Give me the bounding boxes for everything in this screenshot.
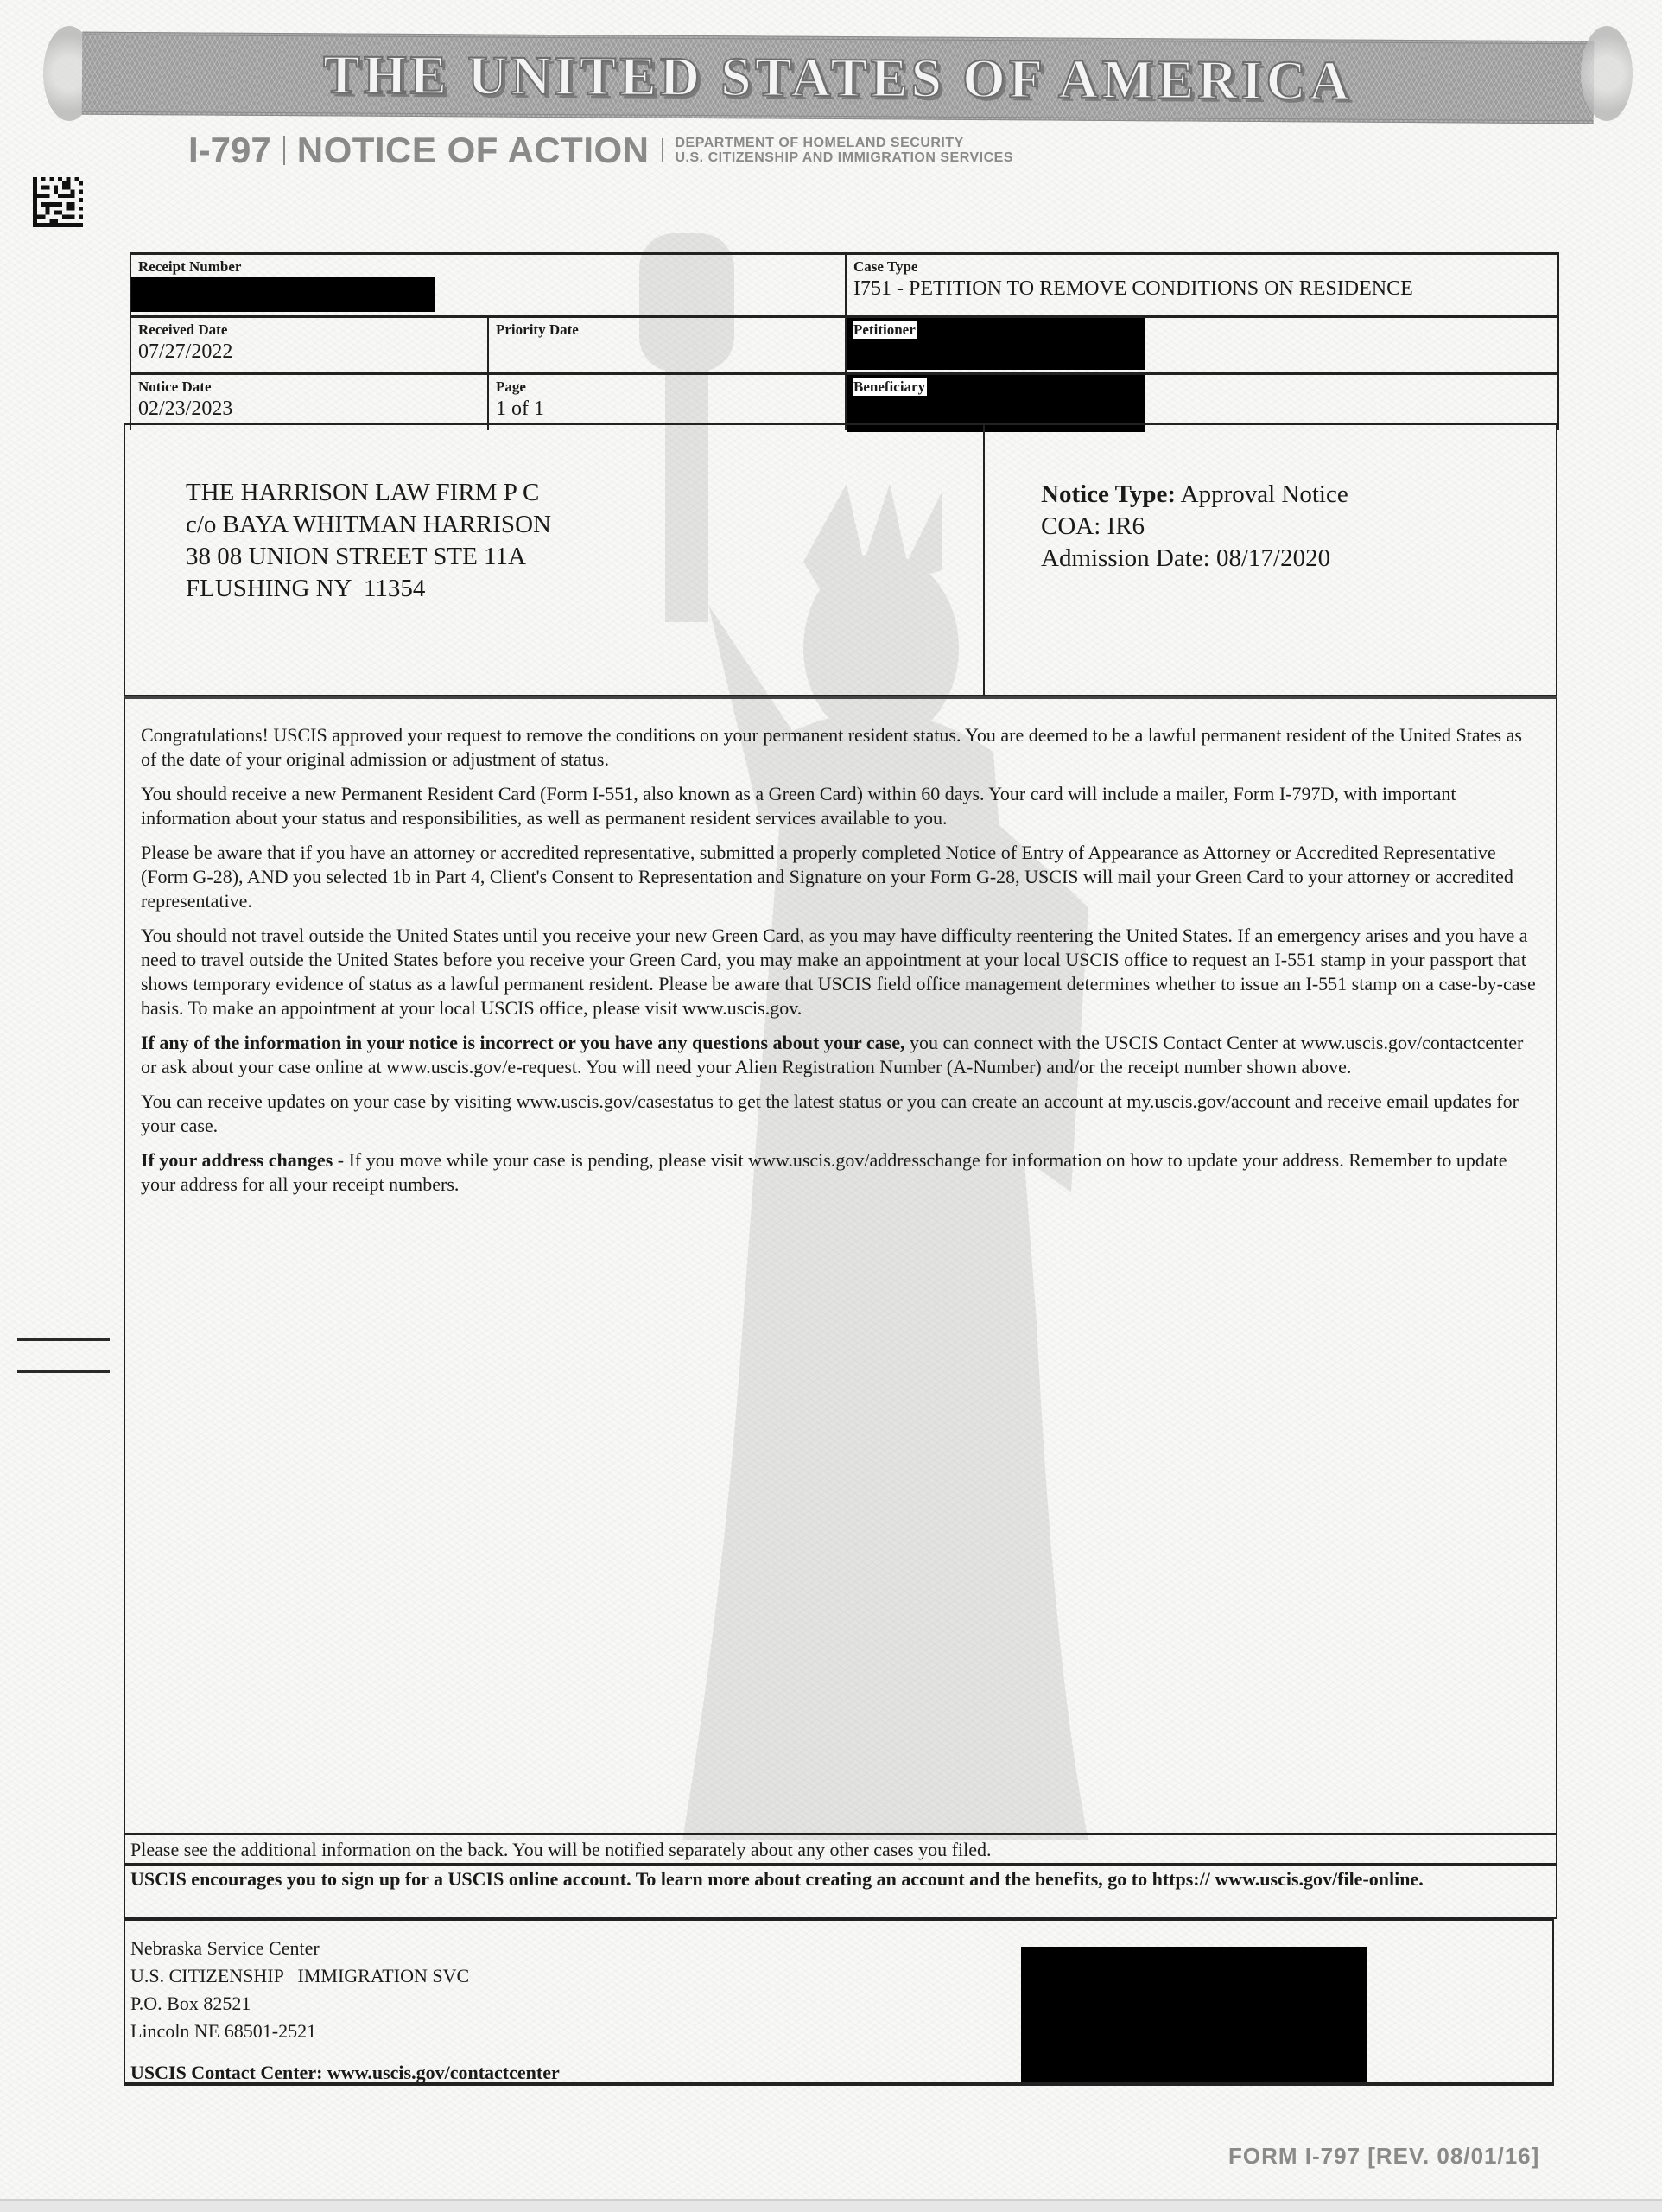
notice-date-label: Notice Date [138, 378, 480, 396]
address-notice-section: THE HARRISON LAW FIRM P C c/o BAYA WHITM… [124, 423, 1557, 696]
case-type-value: I751 - PETITION TO REMOVE CONDITIONS ON … [853, 277, 1551, 301]
body-paragraph: You should receive a new Permanent Resid… [141, 782, 1538, 830]
case-row-3: Notice Date 02/23/2023 Page 1 of 1 Benef… [130, 372, 1559, 430]
page-cell: Page 1 of 1 [487, 375, 845, 430]
body-text: - If you move while your case is pending… [141, 1149, 1507, 1195]
case-row-1: Receipt Number Case Type I751 - PETITION… [130, 252, 1559, 315]
receipt-number-cell: Receipt Number [131, 255, 845, 315]
header-divider [283, 136, 285, 165]
address-line-2: c/o BAYA WHITMAN HARRISON [186, 509, 983, 541]
margin-mark [17, 1338, 110, 1341]
receipt-number-redacted [131, 277, 435, 312]
notice-type-label: Notice Type: [1041, 480, 1176, 508]
case-row-2: Received Date 07/27/2022 Priority Date P… [130, 315, 1559, 372]
scan-edge [0, 2199, 1662, 2212]
agency-block: DEPARTMENT OF HOMELAND SECURITY U.S. CIT… [676, 136, 1014, 165]
case-type-cell: Case Type I751 - PETITION TO REMOVE COND… [845, 255, 1557, 315]
address-line-3: 38 08 UNION STREET STE 11A [186, 541, 983, 573]
case-type-label: Case Type [853, 258, 1551, 276]
address-line-4: FLUSHING NY 11354 [186, 573, 983, 605]
received-date-value: 07/27/2022 [138, 340, 480, 364]
notice-date-cell: Notice Date 02/23/2023 [131, 375, 487, 430]
notice-date-value: 02/23/2023 [138, 397, 480, 421]
barcode-redacted [1021, 1947, 1367, 2082]
priority-date-label: Priority Date [496, 321, 838, 339]
notice-body: Congratulations! USCIS approved your req… [124, 696, 1557, 1834]
form-title: NOTICE OF ACTION [297, 130, 650, 171]
case-info-table: Receipt Number Case Type I751 - PETITION… [130, 252, 1559, 430]
address-line-1: THE HARRISON LAW FIRM P C [186, 477, 983, 509]
body-paragraph: You should not travel outside the United… [141, 924, 1538, 1020]
additional-info-note: Please see the additional information on… [124, 1834, 1557, 1865]
margin-mark [17, 1370, 110, 1373]
body-paragraph: Please be aware that if you have an atto… [141, 841, 1538, 913]
body-bold-lead: If your address changes [141, 1149, 333, 1171]
beneficiary-label: Beneficiary [853, 378, 927, 396]
body-paragraph: If any of the information in your notice… [141, 1031, 1538, 1079]
petitioner-cell: Petitioner [845, 318, 1557, 372]
agency-line-2: U.S. CITIZENSHIP AND IMMIGRATION SERVICE… [676, 150, 1014, 165]
page-label: Page [496, 378, 838, 396]
beneficiary-cell: Beneficiary [845, 375, 1557, 430]
header-divider [662, 138, 663, 162]
mailing-address: THE HARRISON LAW FIRM P C c/o BAYA WHITM… [125, 425, 985, 695]
form-header: I-797 NOTICE OF ACTION DEPARTMENT OF HOM… [188, 130, 1013, 171]
banner-title: THE UNITED STATES OF AMERICA [82, 46, 1594, 111]
receipt-number-label: Receipt Number [138, 258, 838, 276]
body-paragraph: You can receive updates on your case by … [141, 1090, 1538, 1138]
notice-details: Notice Type: Approval Notice COA: IR6 Ad… [985, 425, 1348, 695]
datamatrix-barcode-icon [32, 177, 84, 227]
notice-type: Notice Type: Approval Notice [1041, 479, 1348, 511]
online-account-note: USCIS encourages you to sign up for a US… [124, 1863, 1557, 1919]
notice-type-value: Approval Notice [1181, 480, 1348, 508]
form-number: I-797 [188, 130, 271, 171]
received-date-label: Received Date [138, 321, 480, 339]
priority-date-cell: Priority Date [487, 318, 845, 372]
banner: THE UNITED STATES OF AMERICA [82, 32, 1595, 124]
body-paragraph: If your address changes - If you move wh… [141, 1148, 1538, 1197]
service-center-block: Nebraska Service Center U.S. CITIZENSHIP… [124, 1917, 1554, 2086]
body-paragraph: Congratulations! USCIS approved your req… [141, 723, 1538, 772]
received-date-cell: Received Date 07/27/2022 [131, 318, 487, 372]
body-bold-lead: If any of the information in your notice… [141, 1032, 905, 1053]
admission-date: Admission Date: 08/17/2020 [1041, 543, 1348, 575]
coa: COA: IR6 [1041, 511, 1348, 543]
form-revision: FORM I-797 [REV. 08/01/16] [1228, 2143, 1539, 2170]
banner-ornament-right [1581, 26, 1633, 121]
page-value: 1 of 1 [496, 397, 838, 421]
petitioner-label: Petitioner [853, 321, 917, 339]
agency-line-1: DEPARTMENT OF HOMELAND SECURITY [676, 136, 1014, 150]
